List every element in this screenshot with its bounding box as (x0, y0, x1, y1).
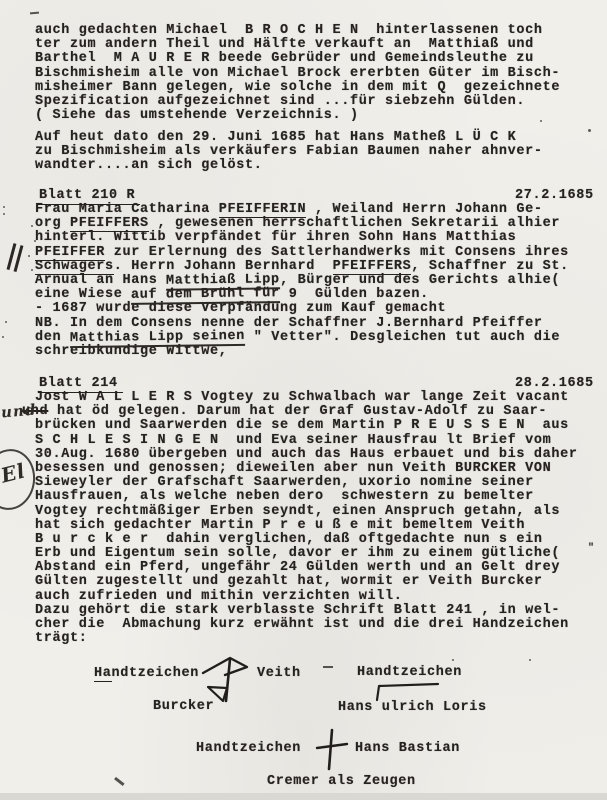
handtzeichen-label: Handtzeichen (196, 741, 301, 756)
scan-speck (31, 269, 33, 271)
text-line: Barthel M A U R E R beede Gebrüder und G… (35, 52, 560, 66)
text-segment: den (35, 330, 70, 345)
text-segment: , Schaffner zu St. (411, 259, 569, 274)
text-line: cher die Abmachung kurz erwähnt ist und … (35, 618, 578, 632)
text-line: Dazu gehört die stark verblasste Schrift… (35, 604, 578, 618)
paragraph-lueck-redemption: Auf heut dato den 29. Juni 1685 hat Hans… (35, 131, 543, 174)
paragraph-brochen-sale: auch gedachten Michael B R O C H E N hin… (35, 24, 560, 123)
entry-blatt-214: Jost W A L L E R S Vogtey zu Schwalbach … (35, 391, 578, 646)
text-line: PFEIFFER zur Erlernung des Sattlerhandwe… (35, 246, 569, 260)
hand-underlined-text: auf dem Brühl für (131, 287, 280, 305)
text-segment: org (35, 216, 70, 231)
text-line: B u r c k e r dahin verglichen, daß oftg… (35, 533, 578, 547)
text-segment: Frau Maria Catharina (35, 202, 219, 217)
underlined-text: Ha (94, 666, 112, 682)
signer-veith: Veith (257, 666, 301, 681)
text-segment: eine Wiese (35, 287, 131, 302)
handmark-cross-icon (314, 727, 350, 773)
scan-speck (2, 336, 4, 338)
text-segment: , Weiland Herrn Johann Ge- (306, 202, 542, 217)
text-line: 30.Aug. 1680 übergeben und auch das Haus… (35, 448, 578, 462)
text-line: Spezification aufgezeichnet sind ...für … (35, 95, 560, 109)
handmark-bracket-icon (372, 680, 442, 702)
text-line: hat sich gedachter Martin P r e u ß e mi… (35, 519, 578, 533)
scan-speck (3, 213, 5, 215)
scan-speck (114, 777, 124, 786)
text-segment: Arnual an Hans (35, 273, 166, 288)
margin-handwritten-und: und (0, 400, 37, 421)
text-line: brücken und Saarwerden die se dem Martin… (35, 419, 578, 433)
text-segment: . Herrn Johann Bernhard (114, 259, 333, 274)
scan-speck (28, 255, 30, 257)
scan-speck (36, 210, 38, 212)
scan-edge-shadow (0, 793, 607, 800)
scan-speck (34, 240, 36, 242)
text-line: Schwagers. Herrn Johann Bernhard PFEIFFE… (35, 260, 569, 274)
text-line: Hausfrauen, als welche neben dero schwes… (35, 490, 578, 504)
text-line: - 1687 wurde diese Verpfändung zum Kauf … (35, 302, 569, 316)
text-segment: " Vetter". Desgleichen tut auch die (245, 330, 560, 345)
scan-speck (323, 666, 333, 668)
scan-speck (30, 12, 39, 15)
scan-speck (529, 659, 531, 661)
text-line: hinterl. Wittib verpfändet für ihren Soh… (35, 231, 569, 245)
text-line: trägt: (35, 632, 578, 646)
entry-blatt-210: Frau Maria Catharina PFEIFFERIN , Weilan… (35, 203, 569, 359)
veith-burcker-handmark-icon (200, 652, 254, 706)
stray-quote-mark: " (588, 543, 595, 554)
text-line: Bischmisheim alle von Michael Brock erer… (35, 67, 560, 81)
entry-210-date: 27.2.1685 (515, 189, 594, 203)
scan-speck (588, 129, 591, 132)
text-segment: ndtzeichen (112, 666, 200, 681)
margin-double-stroke-icon (14, 245, 23, 272)
text-segment: , gewesenen herrschaftlichen Sekretarii … (149, 216, 560, 231)
text-line: ( Siehe das umstehende Verzeichnis. ) (35, 109, 560, 123)
text-line: den Matthias Lipp seinen " Vetter". Desg… (35, 331, 569, 345)
scan-speck (5, 321, 7, 323)
text-line: Arnual an Hans Matthiaß Lipp, Bürger und… (35, 274, 569, 288)
scan-speck (540, 120, 542, 122)
scan-speck (31, 225, 33, 227)
scan-speck (452, 659, 454, 661)
text-line: besessen und genossen; dieweilen aber nu… (35, 462, 578, 476)
text-line: misheimer Bann gelegen, wie solche in de… (35, 81, 560, 95)
entry-214-date: 28.2.1685 (515, 377, 594, 391)
signer-cremer-witness: Cremer als Zeugen (267, 774, 416, 789)
text-line: S C H L E S I N G E N und Eva seiner Hau… (35, 434, 578, 448)
signer-hans-ulrich-loris: Hans ulrich Loris (338, 700, 487, 715)
text-line: Vogtey rechtmäßiger Erben seyndt, einen … (35, 505, 578, 519)
text-line: wandter....an sich gelöst. (35, 159, 543, 173)
text-line: NB. In dem Consens nenne der Schaffner J… (35, 317, 569, 331)
text-segment: , Bürger und des Gerichts alhie( (280, 273, 560, 288)
signer-hans-bastian: Hans Bastian (355, 741, 460, 756)
text-line: auch zufrieden und mithin verzichten wil… (35, 590, 578, 604)
text-line: Gülten zugestellt und gezahlt hat, wormi… (35, 575, 578, 589)
hand-underlined-name: Matthias Lipp seinen (70, 330, 245, 348)
text-segment: zur Erlernung des Sattlerhandwerks mit C… (105, 245, 569, 260)
document-page: auch gedachten Michael B R O C H E N hin… (0, 0, 607, 800)
handtzeichen-label: Handtzeichen (94, 666, 199, 681)
handtzeichen-label: Handtzeichen (357, 665, 462, 680)
text-segment: hat öd gelegen. Darum hat der Graf Gusta… (48, 404, 547, 419)
text-segment: 9 Gülden bazen. (280, 287, 429, 302)
scan-speck (3, 206, 5, 208)
